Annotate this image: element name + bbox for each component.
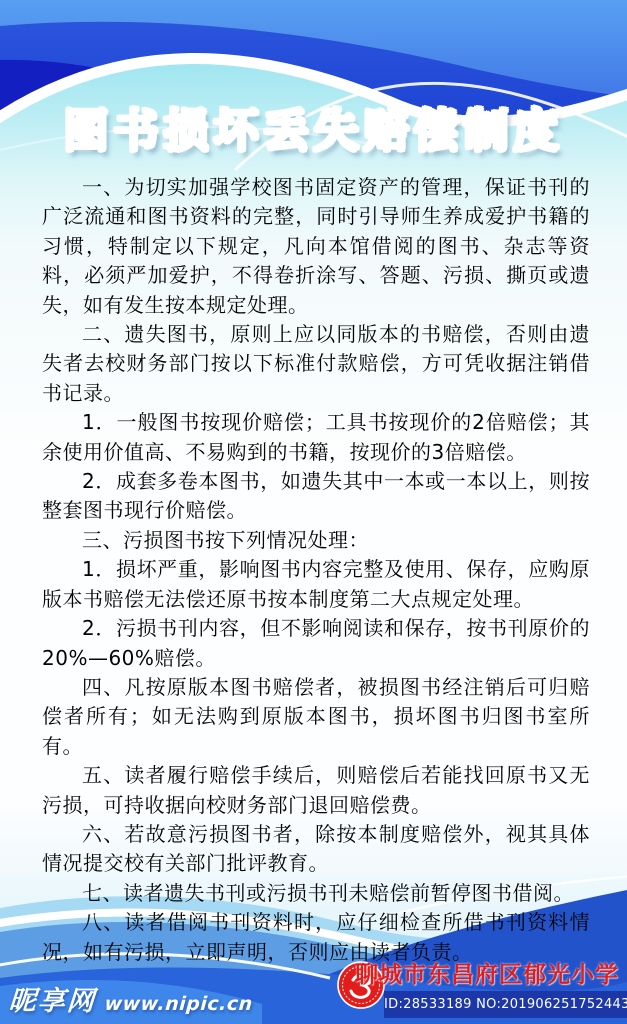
body-paragraph: 1．一般图书按现价赔偿；工具书按现价的2倍赔偿；其余使用价值高、不易购到的书籍，… (42, 408, 590, 467)
body-paragraph: 五、读者履行赔偿手续后，则赔偿后若能找回原书又无污损，可持收据向校财务部门退回赔… (42, 761, 590, 820)
body-paragraph: 四、凡按原版本图书赔偿者，被损图书经注销后可归赔偿者所有；如无法购到原版本图书，… (42, 673, 590, 761)
regulation-body: 一、为切实加强学校图书固定资产的管理，保证书刊的广泛流通和图书资料的完整，同时引… (42, 173, 590, 967)
body-paragraph: 六、若故意污损图书者，除按本制度赔偿外，视其具体情况提交校有关部门批评教育。 (42, 820, 590, 879)
school-name: 聊城市东昌府区郁光小学 (355, 956, 619, 989)
watermark-logo-text: 昵享网 (8, 979, 98, 1018)
poster-page: 图书损坏丢失赔偿制度 一、为切实加强学校图书固定资产的管理，保证书刊的广泛流通和… (0, 0, 627, 1024)
body-paragraph: 二、遗失图书，原则上应以同版本的书赔偿，否则由遗失者去校财务部门按以下标准付款赔… (42, 320, 590, 408)
id-badge: ID:28533189 NO:20190625175244386087 (384, 991, 627, 1018)
poster-title-text: 图书损坏丢失赔偿制度 (63, 104, 563, 157)
poster-title: 图书损坏丢失赔偿制度 (0, 94, 627, 159)
body-paragraph: 2．成套多卷本图书，如遗失其中一本或一本以上，则按整套图书现行价赔偿。 (42, 467, 590, 526)
body-paragraph: 一、为切实加强学校图书固定资产的管理，保证书刊的广泛流通和图书资料的完整，同时引… (42, 173, 590, 320)
watermark: 昵享网 www.nipic.cn (8, 979, 255, 1018)
body-paragraph: 1．损坏严重，影响图书内容完整及使用、保存，应购原版本书赔偿无法偿还原书按本制度… (42, 555, 590, 614)
body-paragraph: 2．污损书刊内容，但不影响阅读和保存，按书刊原价的20%—60%赔偿。 (42, 614, 590, 673)
watermark-url: www.nipic.cn (104, 993, 254, 1015)
body-paragraph: 七、读者遗失书刊或污损书刊未赔偿前暂停图书借阅。 (42, 879, 590, 908)
body-paragraph: 三、污损图书按下列情况处理： (42, 526, 590, 555)
